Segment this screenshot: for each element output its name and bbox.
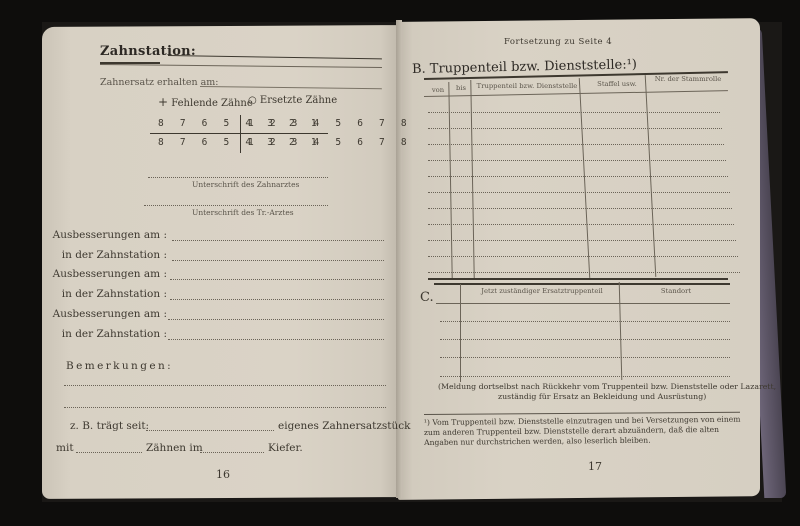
remarks-label: Bemerkungen: <box>66 360 173 372</box>
troop-doctor-signature-label: Unterschrift des Tr.-Arztes <box>192 208 294 217</box>
table-b-header-bis: bis <box>450 84 472 92</box>
continuation-note: Fortsetzung zu Seite 4 <box>504 37 612 47</box>
table-b-row[interactable] <box>428 208 732 209</box>
repair-label-3: Ausbesserungen am : <box>53 268 167 280</box>
repair-field-2[interactable] <box>172 260 384 261</box>
plus-icon: + <box>158 95 168 109</box>
with-label: mit <box>56 442 74 454</box>
wears-since-field[interactable] <box>146 430 274 431</box>
table-b-row[interactable] <box>428 224 734 225</box>
troop-doctor-signature-field[interactable] <box>144 205 328 206</box>
table-c-row[interactable] <box>440 376 730 377</box>
report-note-line-1: (Meldung dortselbst nach Rückkehr vom Tr… <box>438 382 776 391</box>
repair-field-6[interactable] <box>168 339 384 340</box>
table-c-header-location: Standort <box>624 287 728 295</box>
table-b-row[interactable] <box>428 256 738 257</box>
repair-field-4[interactable] <box>170 299 384 300</box>
table-b-row[interactable] <box>428 272 740 273</box>
table-c-row[interactable] <box>440 357 730 358</box>
table-b-header-roll-number: Nr. der Stammrolle <box>652 75 724 83</box>
table-c-top-rule <box>434 283 730 285</box>
own-denture-label: eigenes Zahnersatzstück <box>278 420 411 432</box>
repair-field-3[interactable] <box>170 279 384 280</box>
table-b-row[interactable] <box>428 128 722 129</box>
table-b-header-squadron: Staffel usw. <box>584 80 650 88</box>
dental-chart-horizontal-axis <box>150 133 328 134</box>
section-c-letter: C. <box>420 290 434 305</box>
table-b-row[interactable] <box>428 240 736 241</box>
jaw-label: Kiefer. <box>268 442 303 454</box>
remarks-field-2[interactable] <box>64 407 386 408</box>
dental-chart-vertical-axis <box>240 115 241 153</box>
table-c-header-replacement-unit: Jetzt zuständiger Ersatztruppenteil <box>462 287 622 295</box>
table-b-header-von: von <box>426 86 450 94</box>
dentist-signature-label: Unterschrift des Zahnarztes <box>192 180 299 189</box>
table-c-row[interactable] <box>440 321 730 322</box>
repair-field-5[interactable] <box>168 319 384 320</box>
section-b-letter: B. <box>412 62 426 77</box>
teeth-count-field[interactable] <box>76 452 142 453</box>
table-c-divider-1 <box>460 284 461 382</box>
repair-label-6: in der Zahnstation : <box>62 328 167 340</box>
table-b-row[interactable] <box>428 144 724 145</box>
wears-since-label: z. B. trägt seit: <box>70 420 149 432</box>
repair-label-2: in der Zahnstation : <box>62 249 167 261</box>
page-number-right: 17 <box>588 460 602 473</box>
report-note-line-2: zuständig für Ersatz an Bekleidung und A… <box>498 392 706 401</box>
legend-missing: + Fehlende Zähne <box>158 95 253 109</box>
teeth-in-label: Zähnen im <box>146 442 203 454</box>
table-c-row[interactable] <box>440 339 730 340</box>
table-b-header-unit: Truppenteil bzw. Dienststelle <box>472 82 582 90</box>
lower-right-teeth: 1 2 3 4 5 6 7 8 <box>248 137 412 148</box>
table-b-row[interactable] <box>428 160 726 161</box>
table-b-row[interactable] <box>428 112 720 113</box>
repair-field-1[interactable] <box>172 240 384 241</box>
remarks-field-1[interactable] <box>64 385 386 386</box>
repair-label-5: Ausbesserungen am : <box>53 308 167 320</box>
legend-replaced-label: Ersetzte Zähne <box>260 95 337 106</box>
table-c-header-rule <box>436 303 730 304</box>
legend-replaced: ○ Ersetzte Zähne <box>248 95 337 106</box>
upper-right-teeth: 1 2 3 4 5 6 7 8 <box>248 118 412 129</box>
repair-label-1: Ausbesserungen am : <box>53 229 167 241</box>
jaw-field[interactable] <box>200 452 264 453</box>
dentist-signature-field[interactable] <box>148 177 328 178</box>
legend-missing-label: Fehlende Zähne <box>171 98 253 109</box>
repair-label-4: in der Zahnstation : <box>62 288 167 300</box>
table-b-row[interactable] <box>428 192 730 193</box>
table-b-bottom-rule <box>428 278 728 280</box>
page-number-left: 16 <box>216 468 230 481</box>
table-b-row[interactable] <box>428 176 728 177</box>
footnote-text: ¹) Vom Truppenteil bzw. Dienststelle ein… <box>424 415 754 448</box>
circle-icon: ○ <box>248 95 257 106</box>
dental-station-title: Zahnstation: <box>100 44 196 59</box>
